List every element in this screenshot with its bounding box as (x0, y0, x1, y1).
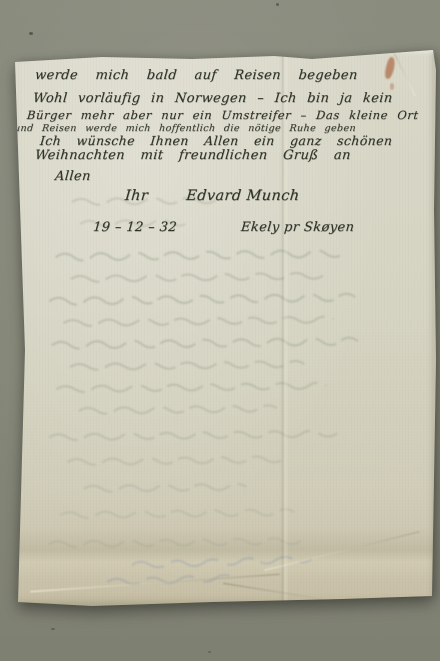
rust-stain (383, 56, 396, 79)
letter-date: 19 – 12 – 32 (92, 220, 177, 235)
backdrop-speck (29, 32, 33, 35)
letter-page: werde mich bald auf Reisen begeben Wohl … (12, 50, 437, 608)
signature-prefix: Ihr (124, 188, 149, 204)
backdrop-speck (51, 628, 55, 630)
signature-name: Edvard Munch (186, 188, 301, 204)
letter-place: Ekely pr Skøyen (240, 220, 355, 235)
photo-backdrop: werde mich bald auf Reisen begeben Wohl … (0, 0, 440, 661)
fold-crease (264, 531, 420, 572)
date-place-line: 19 – 12 – 32 Ekely pr Skøyen (92, 220, 355, 235)
letter-line-5: Ich wünsche Ihnen Allen ein ganz schönen (39, 133, 393, 148)
signature-line: Ihr Edvard Munch (124, 188, 300, 204)
paper-sheet: werde mich bald auf Reisen begeben Wohl … (12, 50, 437, 608)
fold-crease (223, 582, 421, 615)
letter-line-6: Weihnachten mit freundlichen Gruß an (34, 148, 351, 163)
rust-stain (390, 83, 394, 90)
backdrop-speck (276, 3, 279, 6)
backdrop-speck (208, 651, 211, 653)
fold-crease (30, 573, 280, 592)
letter-line-3: Bürger mehr aber nur ein Umstreifer – Da… (26, 108, 419, 122)
letter-line-2: Wohl vorläufig in Norwegen – Ich bin ja … (32, 91, 393, 106)
letter-line-1: werde mich bald auf Reisen begeben (34, 68, 358, 83)
letter-line-7: Allen (54, 169, 91, 184)
